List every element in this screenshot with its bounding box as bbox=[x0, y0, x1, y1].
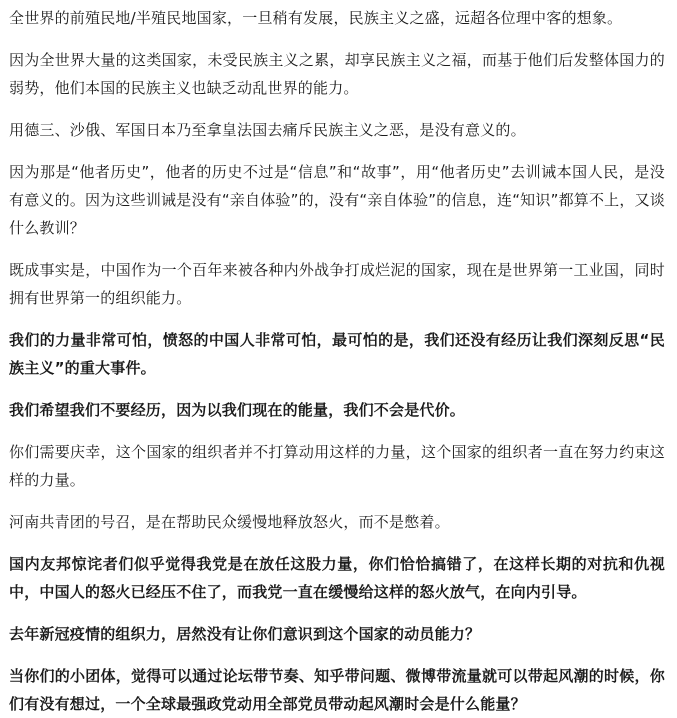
paragraph: 你们需要庆幸，这个国家的组织者并不打算动用这样的力量，这个国家的组织者一直在努力… bbox=[9, 438, 665, 494]
paragraph: 我们的力量非常可怕，愤怒的中国人非常可怕，最可怕的是，我们还没有经历让我们深刻反… bbox=[9, 326, 665, 382]
paragraph: 国内友邦惊诧者们似乎觉得我党是在放任这股力量，你们恰恰搞错了，在这样长期的对抗和… bbox=[9, 550, 665, 606]
paragraph: 河南共青团的号召，是在帮助民众缓慢地释放怒火，而不是憋着。 bbox=[9, 508, 665, 536]
paragraph: 去年新冠疫情的组织力，居然没有让你们意识到这个国家的动员能力？ bbox=[9, 620, 665, 648]
paragraph: 因为全世界大量的这类国家，未受民族主义之累，却享民族主义之福，而基于他们后发整体… bbox=[9, 46, 665, 102]
paragraph: 全世界的前殖民地/半殖民地国家，一旦稍有发展，民族主义之盛，远超各位理中客的想象… bbox=[9, 4, 665, 32]
article-body: 全世界的前殖民地/半殖民地国家，一旦稍有发展，民族主义之盛，远超各位理中客的想象… bbox=[0, 0, 677, 718]
paragraph: 既成事实是，中国作为一个百年来被各种内外战争打成烂泥的国家，现在是世界第一工业国… bbox=[9, 256, 665, 312]
paragraph: 我们希望我们不要经历，因为以我们现在的能量，我们不会是代价。 bbox=[9, 396, 665, 424]
paragraph: 因为那是“他者历史”，他者的历史不过是“信息”和“故事”，用“他者历史”去训诫本… bbox=[9, 158, 665, 242]
paragraph: 当你们的小团体，觉得可以通过论坛带节奏、知乎带问题、微博带流量就可以带起风潮的时… bbox=[9, 662, 665, 718]
paragraph: 用德三、沙俄、军国日本乃至拿皇法国去痛斥民族主义之恶，是没有意义的。 bbox=[9, 116, 665, 144]
